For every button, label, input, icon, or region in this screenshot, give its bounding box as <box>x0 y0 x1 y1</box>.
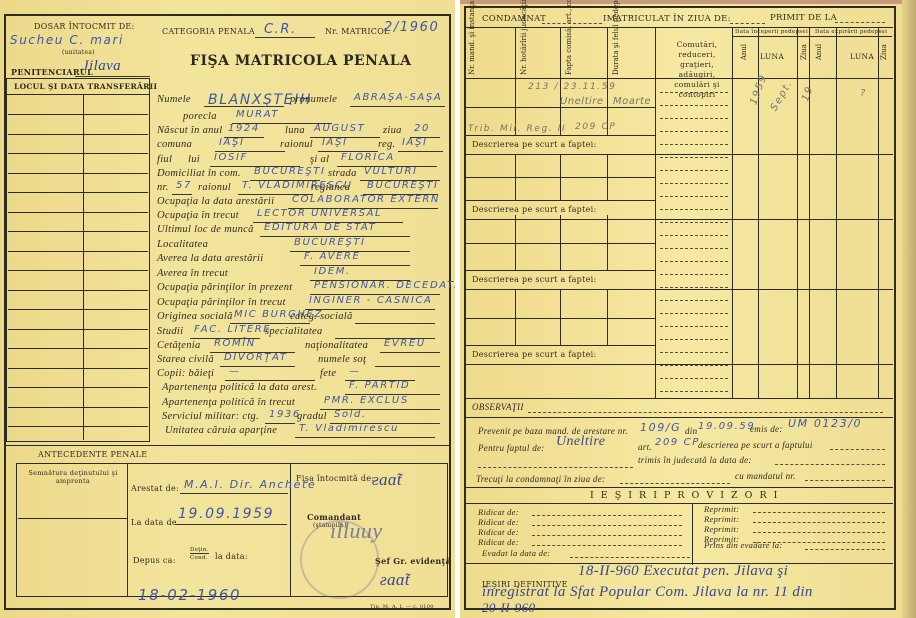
arestat-label: Arestat de: <box>131 484 179 493</box>
copii-label: Copii: băieţi <box>157 368 214 379</box>
si-al-label: şi al <box>310 154 329 165</box>
art-value: 209 CP <box>655 437 700 448</box>
comutari-line <box>660 261 728 262</box>
descriere-fapta-label: Descrierea pe scurt a faptei: <box>472 350 597 359</box>
ultimul-loc-label: Ultimul loc de muncă <box>157 224 254 235</box>
comutari-line <box>660 170 728 171</box>
grid-row <box>465 154 893 155</box>
localitatea-value: BUCUREŞTI <box>294 237 366 248</box>
grid-column <box>836 27 837 398</box>
grid-row <box>465 200 655 201</box>
transfer-row <box>8 368 148 369</box>
ziua-label: ziua <box>383 125 402 136</box>
ocup-parinti-prezent-value: PENSIONAR. DECEDATĂ <box>314 280 455 291</box>
page-title: FIŞA MATRICOLA PENALA <box>190 53 412 69</box>
raionul-value: IAŞI <box>322 137 348 148</box>
trecut-label: Trecuţi la condamnaţi în ziua de: <box>476 474 605 484</box>
stare-civila-label: Starea civilă <box>157 354 214 365</box>
evadat-label: Evadat la data de: <box>482 548 550 558</box>
averea-trecut-value: IDEM. <box>314 266 351 277</box>
cetatenia-label: Cetăţenia <box>157 340 201 351</box>
nationalitatea-label: naţionalitatea <box>305 340 368 351</box>
reprimit-label: Reprimit: <box>704 514 739 524</box>
grid-row <box>465 289 893 290</box>
transfer-row <box>8 192 148 193</box>
domiciliat-value: BUCUREŞTI <box>254 166 326 177</box>
row1-hotarare: 213 / 23.11.59 <box>528 82 616 92</box>
comutari-line <box>660 352 728 353</box>
comutari-line <box>660 391 728 392</box>
emis-value: UM 0123/0 <box>788 417 862 430</box>
comutari-line <box>660 92 728 93</box>
matricol-value: 2/1960 <box>384 20 439 35</box>
raionul-label: raionul <box>280 139 313 150</box>
gradul-value: Sold. <box>334 409 367 420</box>
averea-arest-label: Averea la data arestării <box>157 253 263 264</box>
header-column <box>560 27 561 78</box>
cetatenia-value: ROMÎN <box>214 338 256 349</box>
depus-label: Depus ca: <box>133 556 176 565</box>
row1-instanta: Trib. Mil. Reg. II <box>468 124 566 134</box>
transfer-row <box>8 212 148 213</box>
pentru-label: Pentru faptul de: <box>478 443 545 453</box>
column-header: Anul <box>815 29 823 75</box>
tata-value: IOSIF <box>214 152 248 163</box>
apart-arest-label: Apartenenţa politică la data arest. <box>162 382 317 393</box>
unitatea-label: Unitatea căruia aparţine <box>165 425 277 436</box>
grid-row <box>465 270 655 271</box>
dosar-value: Sucheu C. mari <box>10 33 124 47</box>
la-data-label: La data de <box>131 518 177 527</box>
descriere-fapta-label: Descrierea pe scurt a faptei: <box>472 140 597 149</box>
comutari-line <box>660 300 728 301</box>
regiunea-label: regiunea <box>311 182 350 193</box>
grid-row <box>465 318 655 319</box>
ridicat-label: Ridicat de: <box>478 527 519 537</box>
printer-mark: Tip. M. A. I. — c. 0100 <box>370 604 434 610</box>
grid-row <box>465 243 655 244</box>
strada-label: strada <box>328 168 357 179</box>
baieti-value: — <box>229 366 241 377</box>
serviciu-label: Serviciul militar: ctg. <box>162 411 259 422</box>
grid-column <box>878 27 879 398</box>
col-luna-end: LUNA <box>850 52 874 61</box>
comutari-line <box>660 196 728 197</box>
observatii-label: OBSERVAŢII <box>472 402 524 412</box>
transfer-row <box>8 134 148 135</box>
transfer-row <box>8 309 148 310</box>
grid-row <box>465 135 655 136</box>
fisa-intocmita-label: Fişa întocmită de: <box>296 474 374 483</box>
sef-signature: ƨaɑ̃t <box>380 570 410 590</box>
nr-label: nr. <box>157 182 169 193</box>
comutari-line <box>660 235 728 236</box>
regiunea-value: BUCUREŞTI <box>367 180 439 191</box>
column-header: Nr. hotărîrii judecăţii şi instanţa care… <box>520 29 528 75</box>
grid-row <box>465 345 655 346</box>
ocup-parinti-prezent-label: Ocupaţia părinţilor în prezent <box>157 282 292 293</box>
averea-arest-value: F. AVERE <box>304 251 360 262</box>
fete-value: — <box>349 366 361 377</box>
trimis-label: trimis în judecată la data de: <box>638 455 752 465</box>
domiciliat-label: Domiciliat în com. <box>157 168 241 179</box>
raionul2-label: raionul <box>198 182 231 193</box>
comutari-line <box>660 248 728 249</box>
row1-art: 209 CP <box>575 122 616 132</box>
depus-la-data-label: la data: <box>215 552 248 561</box>
ocupatia-trecut-label: Ocupaţia în trecut <box>157 210 239 221</box>
ridicat-label: Ridicat de: <box>478 507 519 517</box>
stare-civila-value: DIVORŢAT <box>224 352 287 363</box>
column-header: Ziua <box>880 29 888 75</box>
nascut-label: Născut în anul <box>157 125 222 136</box>
sef-evidenta-label: Şef Gr. evidenţă <box>375 556 451 566</box>
primit-label: PRIMIT DE LA <box>770 13 837 23</box>
ridicat-label: Ridicat de: <box>478 517 519 527</box>
matricol-label: Nr. MATRICOL <box>325 27 390 36</box>
specialitatea-label: specialitatea <box>265 326 323 337</box>
comutari-line <box>660 105 728 106</box>
grid-column <box>732 27 733 398</box>
luna-label: luna <box>285 125 305 136</box>
numele-sot-label: numele soţ <box>318 354 366 365</box>
row1-fapta: Uneltire <box>560 96 604 107</box>
transfer-row <box>8 251 148 252</box>
grid-column <box>809 27 810 398</box>
mama-value: FLORICA <box>341 152 395 163</box>
fete-label: fete <box>320 368 336 379</box>
iesiri-definitive-line2: înregistrat la Sfat Popular Com. Jilava … <box>482 584 813 601</box>
transfer-row <box>8 426 148 427</box>
art-label: art. <box>638 442 652 452</box>
reg-value: IAŞI <box>402 137 428 148</box>
transfer-header: LOCUL ŞI DATA TRANSFERĂRII <box>14 82 157 91</box>
pentru-value: Uneltire <box>556 434 605 450</box>
nationalitatea-value: EVREU <box>384 338 426 349</box>
lui-label: lui <box>188 154 200 165</box>
fisa-matricola-back: CONDAMNAT IMATRICULAT ÎN ZIUA DE: PRIMIT… <box>460 0 916 618</box>
categ-label: categ. socială <box>290 311 353 322</box>
iesiri-definitive-line1: 18-II-960 Executat pen. Jilava şi <box>578 563 788 580</box>
prevenit-label: Prevenit pe baza mand. de arestare nr. <box>478 426 628 436</box>
comutari-line <box>660 131 728 132</box>
nr-value: 57 <box>176 180 192 191</box>
imatriculat-label: IMATRICULAT ÎN ZIUA DE: <box>603 14 731 24</box>
penitenciar-value: Jilava <box>82 58 121 75</box>
comutari-line <box>660 326 728 327</box>
apart-arest-value: F. PARTID <box>349 380 410 391</box>
fisa-signature: ƨaɑ̃t <box>372 470 402 490</box>
ocupatia-arest-label: Ocupaţia la data arestării <box>157 196 274 207</box>
pronumele-value: ABRAŞA-SAŞA <box>354 92 442 103</box>
categoria-value: C.R. <box>264 22 297 37</box>
localitatea-label: Localitatea <box>157 239 208 250</box>
semnatura-label: Semnătura deţinutului şi amprenta <box>28 469 118 485</box>
ocupatia-arest-value: COLABORATOR EXTERN <box>292 194 440 205</box>
descriere-fapta-label: Descrierea pe scurt a faptei: <box>472 205 597 214</box>
unitatea-value: T. Vladimirescu <box>299 423 399 434</box>
dosar-label: DOSAR ÎNTOCMIT DE: <box>34 22 135 31</box>
comutari-line <box>660 313 728 314</box>
transfer-row <box>8 114 148 115</box>
grid-column <box>655 27 656 398</box>
col-luna-start: LUNA <box>760 52 784 61</box>
transfer-row <box>8 407 148 408</box>
reg-label: reg. <box>378 139 395 150</box>
averea-trecut-label: Averea în trecut <box>157 268 228 279</box>
fiul-label: fiul <box>157 154 172 165</box>
comutari-line <box>660 209 728 210</box>
header-column <box>515 27 516 78</box>
comutari-line <box>660 183 728 184</box>
expirari-label: Data expirării pedepsei <box>815 29 887 35</box>
comutari-line <box>660 274 728 275</box>
header-column <box>607 27 608 78</box>
depus-frac-bottom: Cond. <box>190 555 208 561</box>
transfer-row <box>8 173 148 174</box>
comutari-line <box>660 365 728 366</box>
origine-label: Originea socială <box>157 311 233 322</box>
column-header: Ziua <box>800 29 808 75</box>
pronumele-label: pronumele <box>290 94 337 105</box>
grid-row <box>465 219 893 220</box>
luna-value: AUGUST <box>314 123 365 134</box>
comuna-value: IAŞI <box>219 137 245 148</box>
depus-value: 18-02-1960 <box>138 586 241 604</box>
prevenit-nr: 109/G <box>640 421 681 434</box>
comutari-line <box>660 339 728 340</box>
comutari-line <box>660 157 728 158</box>
strada-value: VULTURI <box>364 166 418 177</box>
antecedente-label: ANTECEDENTE PENALE <box>38 450 147 459</box>
comutari-line <box>660 222 728 223</box>
prins-label: Prins din evadare la: <box>704 540 782 550</box>
din-value: 19.09.59 <box>698 421 755 432</box>
column-header: Fapta comisă, art., codul sau legea în c… <box>565 29 573 75</box>
porecla-value: MURAT <box>236 109 279 120</box>
descrierea-label: descrierea pe scurt a faptului <box>698 440 813 450</box>
iesiri-definitive-line3: 20-II-960 <box>482 600 535 616</box>
categoria-label: CATEGORIA PENALA <box>162 27 255 36</box>
comandant-signature: ılluuy <box>330 518 383 544</box>
unitatea-label: (unitatea) <box>62 49 95 56</box>
numele-label: Numele <box>157 94 191 105</box>
condamnat-label: CONDAMNAT <box>482 14 546 24</box>
la-data-value: 19.09.1959 <box>178 506 274 522</box>
ziua-value: 20 <box>414 123 430 134</box>
transfer-row <box>8 231 148 232</box>
gradul-label: gradul <box>297 411 327 422</box>
fisa-matricola-front: DOSAR ÎNTOCMIT DE: Sucheu C. mari (unita… <box>0 0 455 618</box>
column-header: Durata şi felul pedepsei <box>612 29 620 75</box>
apart-trecut-label: Apartenenţa politică în trecut <box>162 397 295 408</box>
porecla-label: porecla <box>183 111 217 122</box>
din-label: din <box>685 426 697 436</box>
ridicat-label: Ridicat de: <box>478 537 519 547</box>
row1-durata: Moarte <box>613 96 651 107</box>
comutari-line <box>660 378 728 379</box>
apart-trecut-value: PMR. EXCLUS <box>324 395 409 406</box>
comutari-line <box>660 144 728 145</box>
transfer-row <box>8 153 148 154</box>
reprimit-label: Reprimit: <box>704 504 739 514</box>
grid-row <box>465 177 655 178</box>
transfer-row <box>8 290 148 291</box>
nascut-an: 1924 <box>228 123 260 134</box>
descriere-fapta-label: Descrierea pe scurt a faptei: <box>472 275 597 284</box>
ocup-parinti-trecut-value: INGINER - CASNICĂ <box>309 295 432 306</box>
reprimit-label: Reprimit: <box>704 524 739 534</box>
col-header-comutari: Comutări, reduceri, graţieri, adăugiri, … <box>667 40 727 100</box>
emis-label: emis de: <box>750 424 783 434</box>
transfer-row <box>8 270 148 271</box>
column-header: Anul <box>740 29 748 75</box>
iesiri-provizori-label: I E Ş I R I P R O V I Z O R I <box>590 490 779 501</box>
studii-label: Studii <box>157 326 183 337</box>
column-header: Nr. mand. şi instanţa care l-a emis <box>468 29 476 75</box>
row1-expirare-luna: ? <box>860 88 867 99</box>
mandat-label: cu mandatul nr. <box>735 471 796 481</box>
transfer-row <box>8 329 148 330</box>
transfer-row <box>8 348 148 349</box>
comuna-label: comuna <box>157 139 192 150</box>
ocupatia-trecut-value: LECTOR UNIVERSAL <box>257 208 382 219</box>
ocup-parinti-trecut-label: Ocupaţia părinţilor în trecut <box>157 297 286 308</box>
transfer-row <box>8 387 148 388</box>
studii-value: FAC. LITERE <box>194 324 271 335</box>
comutari-line <box>660 287 728 288</box>
ultimul-loc-value: EDITURA DE STAT <box>264 222 376 233</box>
comutari-line <box>660 118 728 119</box>
depus-frac-top: Deţin. <box>190 547 209 554</box>
